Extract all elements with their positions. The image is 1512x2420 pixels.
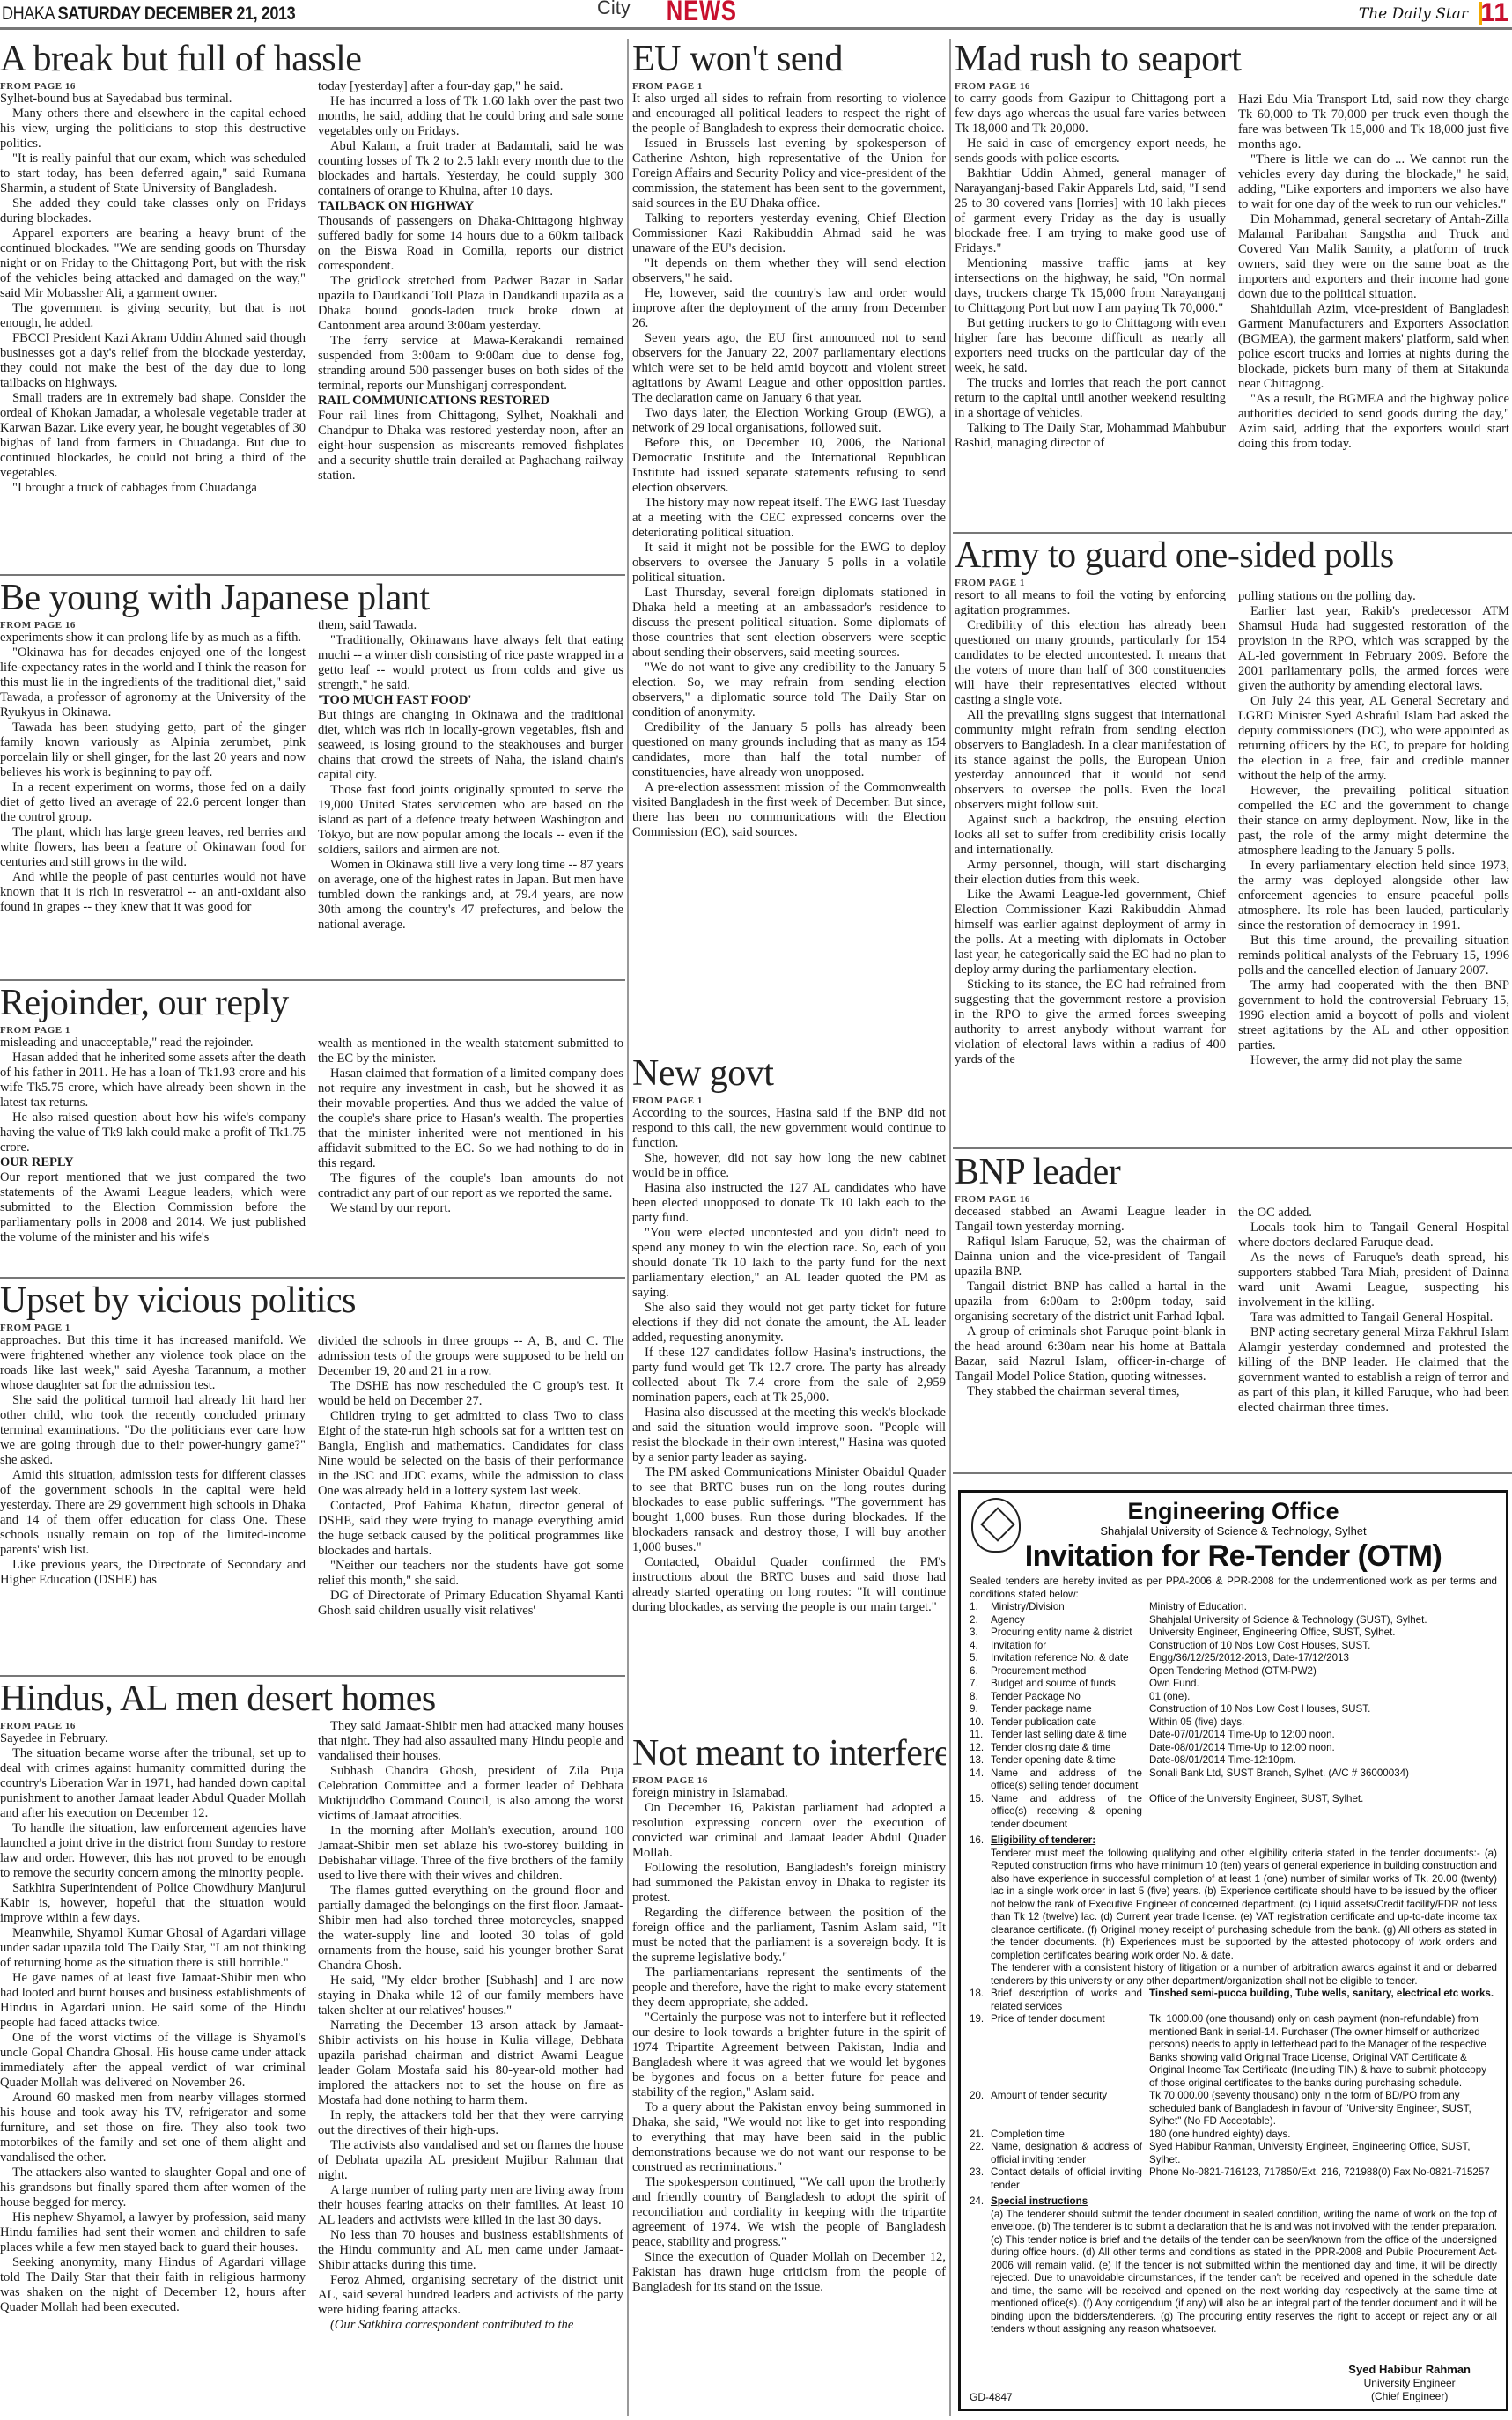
tender-row: 8.Tender Package No01 (one).: [970, 1691, 1497, 1704]
paragraph: The army had cooperated with the then BN…: [1238, 978, 1509, 1053]
row-label: Name and address of the office(s) sellin…: [991, 1767, 1149, 1793]
paragraph: Before this, on December 10, 2006, the N…: [632, 436, 946, 496]
paragraph: He, however, said the country's law and …: [632, 286, 946, 331]
paragraph: "We do not want to give any credibility …: [632, 660, 946, 720]
paragraph: She said the political turmoil had alrea…: [0, 1393, 306, 1468]
paragraph: Credibility of this election has already…: [955, 618, 1226, 708]
article-army-guard: Army to guard one-sided polls FROM PAGE …: [955, 535, 1509, 1145]
paragraph: them, said Tawada.: [318, 618, 623, 633]
paragraph: Hasan added that he inherited some asset…: [0, 1051, 306, 1110]
row-number: 6.: [970, 1665, 991, 1679]
row-value: Date-08/01/2014 Time-12:10pm.: [1149, 1754, 1497, 1767]
headline: Not meant to interfere: [632, 1733, 946, 1774]
row-number: 14.: [970, 1767, 991, 1793]
ad-code: GD-4847: [970, 2391, 1013, 2403]
paragraph: He said, "My elder brother [Subhash] and…: [318, 1974, 623, 2018]
special-instructions-heading: Special instructions: [991, 2195, 1497, 2209]
paragraph: Sayedee in February.: [0, 1731, 306, 1746]
tender-details-table: 1.Ministry/DivisionMinistry of Education…: [970, 1601, 1497, 1831]
headline: Rejoinder, our reply: [0, 983, 623, 1023]
subheading: 'TOO MUCH FAST FOOD': [318, 693, 623, 708]
row-label: Amount of tender security: [991, 2090, 1149, 2129]
section-divider: [953, 1147, 1512, 1149]
article-break-hassle: A break but full of hassle FROM PAGE 16 …: [0, 39, 623, 572]
paragraph: In the morning after Mollah's execution,…: [318, 1824, 623, 1884]
paragraph: Four rail lines from Chittagong, Sylhet,…: [318, 409, 623, 483]
article-column: divided the schools in three groups -- A…: [318, 1321, 623, 1619]
row-label: Contact details of official inviting ten…: [991, 2166, 1149, 2192]
paragraph: Children trying to get admitted to class…: [318, 1409, 623, 1499]
paragraph: approaches. But this time it has increas…: [0, 1333, 306, 1393]
article-column: them, said Tawada."Traditionally, Okinaw…: [318, 618, 623, 933]
paragraph: Those fast food joints originally sprout…: [318, 783, 623, 858]
paragraph: The trucks and lorries that reach the po…: [955, 376, 1226, 421]
article-rejoinder: Rejoinder, our reply FROM PAGE 1 mislead…: [0, 983, 623, 1275]
article-not-meant: Not meant to interfere FROM PAGE 16 fore…: [632, 1733, 946, 2418]
paragraph: Narrating the December 13 arson attack b…: [318, 2018, 623, 2108]
continuation-label: FROM PAGE 1: [632, 81, 946, 92]
tender-row: 7.Budget and source of fundsOwn Fund.: [970, 1678, 1497, 1691]
row-number: 8.: [970, 1691, 991, 1704]
row-value: Open Tendering Method (OTM-PW2): [1149, 1665, 1497, 1679]
continuation-label: FROM PAGE 16: [632, 1775, 946, 1786]
tender-row: 3.Procuring entity name & districtUniver…: [970, 1627, 1497, 1640]
article-column: wealth as mentioned in the wealth statem…: [318, 1023, 623, 1245]
paragraph: Subhash Chandra Ghosh, president of Zila…: [318, 1764, 623, 1824]
row-number: 5.: [970, 1652, 991, 1665]
paragraph: "As a result, the BGMEA and the highway …: [1238, 392, 1509, 452]
paragraph: wealth as mentioned in the wealth statem…: [318, 1037, 623, 1066]
paragraph: Mentioning massive traffic jams at key i…: [955, 256, 1226, 316]
ad-intro: Sealed tenders are hereby invited as per…: [970, 1575, 1497, 1601]
paragraph: In a recent experiment on worms, those f…: [0, 780, 306, 825]
paragraph: Earlier last year, Rakib's predecessor A…: [1238, 604, 1509, 694]
signature-block: Syed Habibur Rahman University Engineer …: [1348, 2363, 1471, 2403]
paragraph: He has incurred a loss of Tk 1.60 lakh o…: [318, 94, 623, 139]
paragraph: But getting truckers to go to Chittagong…: [955, 316, 1226, 376]
row-number: 22.: [970, 2141, 991, 2166]
paragraph: Talking to reporters yesterday evening, …: [632, 211, 946, 256]
continuation-label: FROM PAGE 16: [955, 81, 1226, 92]
row-label: Tender opening date & time: [991, 1754, 1149, 1767]
paragraph: The plant, which has large green leaves,…: [0, 825, 306, 870]
paragraph: Meanwhile, Shyamol Kumar Ghosal of Agard…: [0, 1926, 306, 1971]
paragraph: The activists also vandalised and set on…: [318, 2138, 623, 2183]
paragraph: the OC added.: [1238, 1206, 1509, 1221]
row-value: Construction of 10 Nos Low Cost Houses, …: [1149, 1703, 1497, 1716]
article-column: FROM PAGE 1 resort to all means to foil …: [955, 576, 1226, 1068]
paragraph: The government is giving security, but t…: [0, 301, 306, 331]
row-label: Brief description of works and related s…: [991, 1988, 1149, 2013]
article-bnp-leader: BNP leader FROM PAGE 16 deceased stabbed…: [955, 1152, 1509, 1471]
paragraph: Talking to The Daily Star, Mohammad Mahb…: [955, 421, 1226, 451]
article-column: FROM PAGE 16 experiments show it can pro…: [0, 618, 306, 933]
row-label: Tender last selling date & time: [991, 1729, 1149, 1742]
paragraph: Sticking to its stance, the EC had refra…: [955, 978, 1226, 1067]
headline: Be young with Japanese plant: [0, 578, 623, 618]
article-column: polling stations on the polling day.Earl…: [1238, 576, 1509, 1068]
tender-row: 2.AgencyShahjalal University of Science …: [970, 1614, 1497, 1627]
continuation-label: FROM PAGE 16: [0, 1721, 306, 1731]
paragraph: Like previous years, the Directorate of …: [0, 1558, 306, 1588]
paragraph: The DSHE has now rescheduled the C group…: [318, 1379, 623, 1409]
paragraph: He also raised question about how his wi…: [0, 1110, 306, 1155]
paragraph: She, however, did not say how long the n…: [632, 1151, 946, 1181]
paragraph: misleading and unacceptable," read the r…: [0, 1036, 306, 1051]
paragraph: Following the resolution, Bangladesh's f…: [632, 1861, 946, 1906]
paragraph: Amid this situation, admission tests for…: [0, 1468, 306, 1558]
headline: Mad rush to seaport: [955, 39, 1509, 79]
tender-row: 23.Contact details of official inviting …: [970, 2166, 1497, 2192]
row-number: 3.: [970, 1627, 991, 1640]
paragraph: Army personnel, though, will start disch…: [955, 858, 1226, 888]
paragraph: Like the Awami League-led government, Ch…: [955, 888, 1226, 978]
paragraph: Contacted, Prof Fahima Khatun, director …: [318, 1499, 623, 1559]
eligibility-text-2: The tenderer with a consistent history o…: [991, 1962, 1497, 1988]
paragraph: A group of criminals shot Faruque point-…: [955, 1324, 1226, 1384]
row-number: 11.: [970, 1729, 991, 1742]
paragraph: Hasina also instructed the 127 AL candid…: [632, 1181, 946, 1226]
paragraph: As the news of Faruque's death spread, h…: [1238, 1251, 1509, 1310]
paragraph: "You were elected uncontested and you di…: [632, 1226, 946, 1301]
paragraph: Since the execution of Quader Mollah on …: [632, 2250, 946, 2295]
row-value: Within 05 (five) days.: [1149, 1716, 1497, 1730]
row-value: Tinshed semi-pucca building, Tube wells,…: [1149, 1988, 1497, 2013]
paragraph: Shahidullah Azim, vice-president of Bang…: [1238, 302, 1509, 392]
row-label: Invitation reference No. & date: [991, 1652, 1149, 1665]
paragraph: Feroz Ahmed, organising secretary of the…: [318, 2273, 623, 2318]
row-label: Tender package name: [991, 1703, 1149, 1716]
paragraph: BNP acting secretary general Mirza Fakhr…: [1238, 1325, 1509, 1415]
paragraph: Apparel exporters are bearing a heavy br…: [0, 226, 306, 301]
row-label: Budget and source of funds: [991, 1678, 1149, 1691]
paragraph: She also said they would not get party t…: [632, 1301, 946, 1346]
subheading: TAILBACK ON HIGHWAY: [318, 199, 623, 214]
paragraph: Hasan claimed that formation of a limite…: [318, 1066, 623, 1171]
paragraph: The ferry service at Mawa-Kerakandi rema…: [318, 334, 623, 394]
row-value: Date-08/01/2014 Time-Up to 12:00 noon.: [1149, 1742, 1497, 1755]
headline: Upset by vicious politics: [0, 1280, 623, 1321]
row-value: Sonali Bank Ltd, SUST Branch, Sylhet. (A…: [1149, 1767, 1497, 1793]
paragraph: It also urged all sides to refrain from …: [632, 92, 946, 136]
tender-row: 20.Amount of tender securityTk 70,000.00…: [970, 2090, 1497, 2129]
paragraph: If these 127 candidates follow Hasina's …: [632, 1346, 946, 1406]
special-instructions-section: 24. Special instructions (a) The tendere…: [970, 2195, 1497, 2336]
university-seal-icon: [971, 1498, 1021, 1553]
article-column: FROM PAGE 1 approaches. But this time it…: [0, 1321, 306, 1619]
headline: Army to guard one-sided polls: [955, 535, 1509, 576]
row-value: Own Fund.: [1149, 1678, 1497, 1691]
row-number: 12.: [970, 1742, 991, 1755]
ad-office-title: Engineering Office: [970, 1498, 1497, 1524]
paragraph: In reply, the attackers told her that th…: [318, 2108, 623, 2138]
tender-details-table-2: 18.Brief description of works and relate…: [970, 1988, 1497, 2192]
paragraph: To a query about the Pakistan envoy bein…: [632, 2100, 946, 2175]
row-value: Syed Habibur Rahman, University Engineer…: [1149, 2141, 1497, 2166]
paragraph: "Okinawa has for decades enjoyed one of …: [0, 646, 306, 720]
article-column: They said Jamaat-Shibir men had attacked…: [318, 1719, 623, 2333]
row-number: 15.: [970, 1793, 991, 1832]
column-divider: [949, 39, 951, 2416]
special-instructions-text: (a) The tenderer should submit the tende…: [991, 2209, 1497, 2336]
paragraph: All the prevailing signs suggest that in…: [955, 708, 1226, 813]
paragraph: "Certainly the purpose was not to interf…: [632, 2011, 946, 2100]
paragraph: But this time around, the prevailing sit…: [1238, 933, 1509, 978]
tender-row: 11.Tender last selling date & timeDate-0…: [970, 1729, 1497, 1742]
subheading: RAIL COMMUNICATIONS RESTORED: [318, 394, 623, 409]
credit-line: (Our Satkhira correspondent contributed …: [318, 2318, 623, 2333]
paragraph: Hazi Edu Mia Transport Ltd, said now the…: [1238, 92, 1509, 152]
row-number: 18.: [970, 1988, 991, 2013]
paragraph: The history may now repeat itself. The E…: [632, 496, 946, 541]
paragraph: Sylhet-bound bus at Sayedabad bus termin…: [0, 92, 306, 107]
article-column: FROM PAGE 16 deceased stabbed an Awami L…: [955, 1192, 1226, 1415]
paragraph: The attackers also wanted to slaughter G…: [0, 2165, 306, 2210]
column-divider: [627, 39, 629, 2416]
paragraph: Bakhtiar Uddin Ahmed, general manager of…: [955, 166, 1226, 256]
article-mad-rush: Mad rush to seaport FROM PAGE 16 to carr…: [955, 39, 1509, 530]
continuation-label: FROM PAGE 16: [955, 1194, 1226, 1205]
article-column: the OC added.Locals took him to Tangail …: [1238, 1192, 1509, 1415]
paragraph: She added they could take classes only o…: [0, 196, 306, 226]
row-number: 23.: [970, 2166, 991, 2192]
paragraph: A pre-election assessment mission of the…: [632, 780, 946, 840]
newspaper-logo: The Daily Star: [1359, 5, 1468, 23]
paragraph: But things are changing in Okinawa and t…: [318, 708, 623, 783]
row-value: Date-07/01/2014 Time-Up to 12:00 noon.: [1149, 1729, 1497, 1742]
tender-row: 4.Invitation forConstruction of 10 Nos L…: [970, 1640, 1497, 1653]
paragraph: To handle the situation, law enforcement…: [0, 1821, 306, 1881]
paragraph: Tara was admitted to Tangail General Hos…: [1238, 1310, 1509, 1325]
paragraph: "Traditionally, Okinawans have always fe…: [318, 633, 623, 693]
section-divider: [0, 1277, 625, 1279]
headline: EU won't send: [632, 39, 946, 79]
paragraph: to carry goods from Gazipur to Chittagon…: [955, 92, 1226, 136]
paragraph: resort to all means to foil the voting b…: [955, 588, 1226, 618]
row-label: Procurement method: [991, 1665, 1149, 1679]
tender-row: 13.Tender opening date & timeDate-08/01/…: [970, 1754, 1497, 1767]
row-number: 10.: [970, 1716, 991, 1730]
paragraph: "I brought a truck of cabbages from Chua…: [0, 481, 306, 496]
row-value: 180 (one hundred eighty) days.: [1149, 2129, 1497, 2142]
paragraph: Women in Okinawa still live a very long …: [318, 858, 623, 933]
article-column: FROM PAGE 16 to carry goods from Gazipur…: [955, 79, 1226, 452]
page-masthead: DHAKA SATURDAY DECEMBER 21, 2013 City NE…: [0, 0, 1512, 30]
paragraph: However, the army did not play the same: [1238, 1053, 1509, 1068]
row-value: University Engineer, Engineering Office,…: [1149, 1627, 1497, 1640]
edition-date: DHAKA SATURDAY DECEMBER 21, 2013: [2, 4, 295, 25]
paragraph: He gave names of at least five Jamaat-Sh…: [0, 1971, 306, 2031]
paragraph: Locals took him to Tangail General Hospi…: [1238, 1221, 1509, 1251]
row-label: Tender Package No: [991, 1691, 1149, 1704]
row-label: Ministry/Division: [991, 1601, 1149, 1614]
paragraph: On July 24 this year, AL General Secreta…: [1238, 694, 1509, 784]
paragraph: Issued in Brussels last evening by spoke…: [632, 136, 946, 211]
article-japanese-plant: Be young with Japanese plant FROM PAGE 1…: [0, 578, 623, 978]
eligibility-section: 16. Eligibility of tenderer: Tenderer mu…: [970, 1834, 1497, 1988]
section-divider: [0, 1675, 625, 1677]
paragraph: His nephew Shyamol, a lawyer by professi…: [0, 2210, 306, 2255]
paragraph: Tawada has been studying getto, part of …: [0, 720, 306, 780]
paragraph: FBCCI President Kazi Akram Uddin Ahmed s…: [0, 331, 306, 391]
paragraph: Our report mentioned that we just compar…: [0, 1170, 306, 1245]
section-divider: [0, 574, 625, 576]
paragraph: foreign ministry in Islamabad.: [632, 1786, 946, 1801]
row-value: 01 (one).: [1149, 1691, 1497, 1704]
eligibility-heading: Eligibility of tenderer:: [991, 1834, 1497, 1848]
row-value: Ministry of Education.: [1149, 1601, 1497, 1614]
row-label: Completion time: [991, 2129, 1149, 2142]
row-number: 4.: [970, 1640, 991, 1653]
paragraph: deceased stabbed an Awami League leader …: [955, 1205, 1226, 1235]
section-divider: [953, 1472, 1512, 1474]
headline: A break but full of hassle: [0, 39, 623, 79]
row-label: Name and address of the office(s) receiv…: [991, 1793, 1149, 1832]
paragraph: The flames gutted everything on the grou…: [318, 1884, 623, 1974]
paragraph: According to the sources, Hasina said if…: [632, 1106, 946, 1151]
paragraph: The PM asked Communications Minister Oba…: [632, 1465, 946, 1555]
paragraph: Hasina also discussed at the meeting thi…: [632, 1406, 946, 1465]
tender-advertisement: Engineering Office Shahjalal University …: [958, 1490, 1508, 2411]
article-column: today [yesterday] after a four-day gap,"…: [318, 79, 623, 496]
tender-row: 21.Completion time180 (one hundred eight…: [970, 2129, 1497, 2142]
paragraph: Tangail district BNP has called a hartal…: [955, 1280, 1226, 1324]
row-value: Construction of 10 Nos Low Cost Houses, …: [1149, 1640, 1497, 1653]
article-eu-wont-send: EU won't send FROM PAGE 1 It also urged …: [632, 39, 946, 1034]
paragraph: The situation became worse after the tri…: [0, 1746, 306, 1821]
tender-row: 1.Ministry/DivisionMinistry of Education…: [970, 1601, 1497, 1614]
paragraph: The gridlock stretched from Padwer Bazar…: [318, 274, 623, 334]
paragraph: polling stations on the polling day.: [1238, 589, 1509, 604]
tender-row: 22.Name, designation & address of offici…: [970, 2141, 1497, 2166]
paragraph: Regarding the difference between the pos…: [632, 1906, 946, 1966]
article-hindus-desert: Hindus, AL men desert homes FROM PAGE 16…: [0, 1679, 623, 2418]
paragraph: Satkhira Superintendent of Police Chowdh…: [0, 1881, 306, 1926]
paragraph: A large number of ruling party men are l…: [318, 2183, 623, 2228]
paragraph: Small traders are in extremely bad shape…: [0, 391, 306, 481]
tender-row: 14.Name and address of the office(s) sel…: [970, 1767, 1497, 1793]
paragraph: "There is little we can do ... We cannot…: [1238, 152, 1509, 212]
tender-row: 19.Price of tender documentTk. 1000.00 (…: [970, 2013, 1497, 2090]
paragraph: DG of Directorate of Primary Education S…: [318, 1589, 623, 1619]
row-number: 20.: [970, 2090, 991, 2129]
paragraph: Around 60 masked men from nearby village…: [0, 2091, 306, 2165]
row-value: Phone No-0821-716123, 717850/Ext. 216, 7…: [1149, 2166, 1497, 2192]
paragraph: We stand by our report.: [318, 1201, 623, 1216]
tender-row: 6.Procurement methodOpen Tendering Metho…: [970, 1665, 1497, 1679]
paragraph: The figures of the couple's loan amounts…: [318, 1171, 623, 1201]
row-label: Agency: [991, 1614, 1149, 1627]
paragraph: Many others there and elsewhere in the c…: [0, 107, 306, 151]
article-column: Hazi Edu Mia Transport Ltd, said now the…: [1238, 79, 1509, 452]
paragraph: Seven years ago, the EU first announced …: [632, 331, 946, 406]
paragraph: The spokesperson continued, "We call upo…: [632, 2175, 946, 2250]
eligibility-text: Tenderer must meet the following qualify…: [991, 1848, 1497, 1963]
row-number: 2.: [970, 1614, 991, 1627]
paragraph: Rafiqul Islam Faruque, 52, was the chair…: [955, 1235, 1226, 1280]
page-number: 11: [1480, 0, 1508, 28]
row-number: 1.: [970, 1601, 991, 1614]
headline: New govt: [632, 1053, 946, 1094]
headline: BNP leader: [955, 1152, 1509, 1192]
section-divider: [953, 532, 1512, 534]
paragraph: Credibility of the January 5 polls has a…: [632, 720, 946, 780]
continuation-label: FROM PAGE 1: [0, 1025, 306, 1036]
row-value: Shahjalal University of Science & Techno…: [1149, 1614, 1497, 1627]
paragraph: In every parliamentary election held sin…: [1238, 859, 1509, 933]
article-column: FROM PAGE 16 Sayedee in February.The sit…: [0, 1719, 306, 2333]
paragraph: It said it might not be possible for the…: [632, 541, 946, 586]
paragraph: "It is really painful that our exam, whi…: [0, 151, 306, 196]
row-label: Procuring entity name & district: [991, 1627, 1149, 1640]
article-column: FROM PAGE 1 misleading and unacceptable,…: [0, 1023, 306, 1245]
paragraph: Seeking anonymity, many Hindus of Agarda…: [0, 2255, 306, 2315]
row-value: Tk 70,000.00 (seventy thousand) only in …: [1149, 2090, 1497, 2129]
paragraph: One of the worst victims of the village …: [0, 2031, 306, 2091]
paragraph: On December 16, Pakistan parliament had …: [632, 1801, 946, 1861]
article-vicious-politics: Upset by vicious politics FROM PAGE 1 ap…: [0, 1280, 623, 1673]
paragraph: However, the prevailing political situat…: [1238, 784, 1509, 859]
section-title: NEWS: [662, 0, 741, 27]
row-label: Tender publication date: [991, 1716, 1149, 1730]
row-value: Tk. 1000.00 (one thousand) only on cash …: [1149, 2013, 1497, 2090]
paragraph: They said Jamaat-Shibir men had attacked…: [318, 1719, 623, 1764]
row-number: 21.: [970, 2129, 991, 2142]
paragraph: "It depends on them whether they will se…: [632, 256, 946, 286]
subheading: OUR REPLY: [0, 1155, 306, 1170]
tender-row: 10.Tender publication dateWithin 05 (fiv…: [970, 1716, 1497, 1730]
row-label: Invitation for: [991, 1640, 1149, 1653]
row-number: 19.: [970, 2013, 991, 2090]
paragraph: The parliamentarians represent the senti…: [632, 1966, 946, 2011]
headline: Hindus, AL men desert homes: [0, 1679, 623, 1719]
article-column: FROM PAGE 16 Sylhet-bound bus at Sayedab…: [0, 79, 306, 496]
ad-university-name: Shahjalal University of Science & Techno…: [970, 1524, 1497, 1538]
paragraph: And while the people of past centuries w…: [0, 870, 306, 915]
row-label: Tender closing date & time: [991, 1742, 1149, 1755]
continuation-label: FROM PAGE 16: [0, 81, 306, 92]
section-divider: [0, 979, 625, 981]
row-label: Name, designation & address of official …: [991, 2141, 1149, 2166]
paragraph: No less than 70 houses and business esta…: [318, 2228, 623, 2273]
paragraph: He said in case of emergency export need…: [955, 136, 1226, 166]
row-number: 7.: [970, 1678, 991, 1691]
paragraph: Din Mohammad, general secretary of Antah…: [1238, 212, 1509, 302]
row-number: 9.: [970, 1703, 991, 1716]
paragraph: "Neither our teachers nor the students h…: [318, 1559, 623, 1589]
continuation-label: FROM PAGE 1: [0, 1323, 306, 1333]
section-label-small: City: [597, 0, 631, 19]
tender-row: 18.Brief description of works and relate…: [970, 1988, 1497, 2013]
paragraph: Last Thursday, several foreign diplomats…: [632, 586, 946, 660]
continuation-label: FROM PAGE 16: [0, 620, 306, 631]
tender-row: 12.Tender closing date & timeDate-08/01/…: [970, 1742, 1497, 1755]
paragraph: today [yesterday] after a four-day gap,"…: [318, 79, 623, 94]
tender-row: 9.Tender package nameConstruction of 10 …: [970, 1703, 1497, 1716]
paragraph: divided the schools in three groups -- A…: [318, 1334, 623, 1379]
paragraph: They stabbed the chairman several times,: [955, 1384, 1226, 1399]
row-value: Engg/36/12/25/2012-2013, Date-17/12/2013: [1149, 1652, 1497, 1665]
row-label: Price of tender document: [991, 2013, 1149, 2090]
paragraph: Against such a backdrop, the ensuing ele…: [955, 813, 1226, 858]
paragraph: experiments show it can prolong life by …: [0, 631, 306, 646]
continuation-label: FROM PAGE 1: [632, 1096, 946, 1106]
article-new-govt: New govt FROM PAGE 1 According to the so…: [632, 1053, 946, 1731]
tender-row: 15.Name and address of the office(s) rec…: [970, 1793, 1497, 1832]
tender-row: 5.Invitation reference No. & dateEngg/36…: [970, 1652, 1497, 1665]
paragraph: Contacted, Obaidul Quader confirmed the …: [632, 1555, 946, 1615]
row-value: Office of the University Engineer, SUST,…: [1149, 1793, 1497, 1832]
